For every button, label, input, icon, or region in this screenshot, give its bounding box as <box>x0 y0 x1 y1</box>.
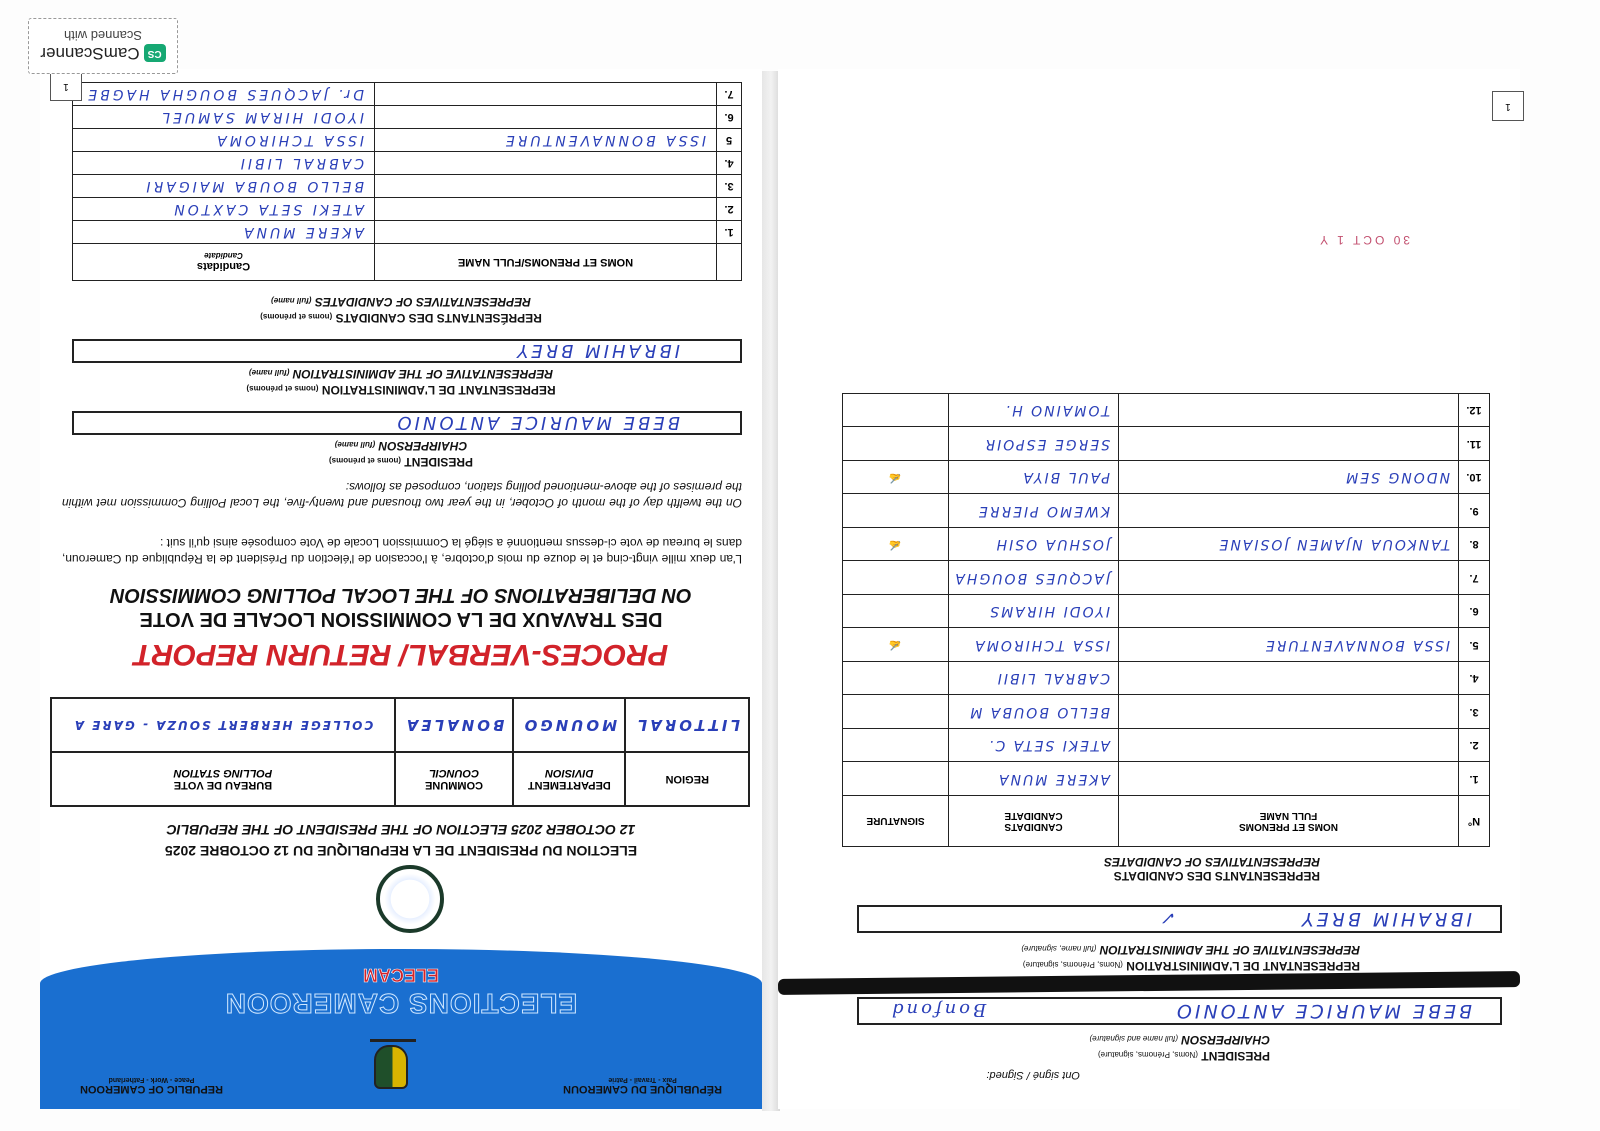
republic-fr: RÉPUBLIQUE DU CAMEROUN Paix - Travail - … <box>563 1076 722 1095</box>
signature-cell <box>843 662 949 696</box>
table-row: 4.CABRAL LIBII <box>73 152 742 175</box>
row-number: 7. <box>1459 561 1490 595</box>
row-number: 1. <box>1459 762 1490 796</box>
candidate-name: JACQUES BOUGHA <box>949 561 1119 595</box>
signature-table: N° NOMS ET PRENOMSFULL NAME CANDIDATSCAN… <box>842 393 1490 847</box>
representative-name <box>1119 561 1459 595</box>
representative-name <box>375 198 717 221</box>
intro-paragraph-fr: L'an deux mille vingt-cinq et le douze d… <box>62 535 742 567</box>
president-name-field: BEBE MAURICE ANTONIO <box>72 411 742 435</box>
table-row: 2.ATEKI SETA C. <box>843 729 1490 763</box>
table-row: 5.ISSA BONNAVENTUREISSA TCHIROMA✍ <box>843 628 1490 662</box>
signature-cell <box>843 729 949 763</box>
camscanner-watermark: CSCamScanner Scanned with <box>28 18 178 74</box>
report-subtitle: DES TRAVAUX DE LA COMMISSION LOCALE DE V… <box>40 583 762 631</box>
candidate-name: ATEKI SETA C. <box>949 729 1119 763</box>
signature-cell <box>843 595 949 629</box>
table-row: 3.BELLO BOUBA MAIGARI <box>73 175 742 198</box>
representative-name <box>1119 695 1459 729</box>
representative-name: NDONG SEM <box>1119 461 1459 495</box>
candidate-representatives-table: NOMS ET PRENOMS/FULL NAME CandidatsCandi… <box>72 82 742 281</box>
sig-president-label: PRESIDENT (Noms, Prénoms, signature) CHA… <box>770 1031 1270 1063</box>
republic-en: REPUBLIC OF CAMEROON Peace - Work - Fath… <box>80 1076 223 1095</box>
table-row: 4.CABRAL LIBII <box>843 662 1490 696</box>
intro-paragraph-en: On the twelfth day of the month of Octob… <box>62 479 742 511</box>
header-division: DEPARTEMENTDIVISION <box>513 752 625 806</box>
date-stamp: 30 OCT 1 Y <box>1317 233 1410 247</box>
redaction-bar <box>778 971 1520 995</box>
administration-signature: ✓ <box>1159 905 1177 929</box>
candidate-name: BELLO BOUBA M <box>949 695 1119 729</box>
coat-of-arms-icon <box>370 1039 416 1095</box>
candidate-name: SERGE ESPOIR <box>949 427 1119 461</box>
candidate-name: IYODI HIRAM SAMUEL <box>73 106 375 129</box>
table-row: 6.IYODI HIRAMS <box>843 595 1490 629</box>
row-number: 3. <box>1459 695 1490 729</box>
representative-name <box>375 221 717 244</box>
candidate-name: ATEKI SETA CAXTON <box>73 198 375 221</box>
candidate-name: ISSA TCHIROMA <box>73 129 375 152</box>
candidate-name: CABRAL LIBII <box>73 152 375 175</box>
col-full-name: NOMS ET PRENOMS/FULL NAME <box>375 244 717 281</box>
col-full-name: NOMS ET PRENOMSFULL NAME <box>1119 796 1459 847</box>
row-number: 5. <box>1459 628 1490 662</box>
table-row: 8.TANKOUA NJAMEN JOSIANEJOSHUA OSIH✍ <box>843 528 1490 562</box>
signature-cell <box>843 394 949 428</box>
elecam-banner: RÉPUBLIQUE DU CAMEROUN Paix - Travail - … <box>40 949 762 1109</box>
administration-name-field: IBRAHIM BREY <box>72 339 742 363</box>
council-value: BONALEA <box>395 698 513 752</box>
candidate-name: AKERE MUNA <box>949 762 1119 796</box>
representative-name <box>1119 595 1459 629</box>
candidate-name: PAUL BIYA <box>949 461 1119 495</box>
row-number: 8. <box>1459 528 1490 562</box>
header-council: COMMUNECOUNCIL <box>395 752 513 806</box>
table-row: 10.NDONG SEMPAUL BIYA✍ <box>843 461 1490 495</box>
representative-name <box>1119 662 1459 696</box>
table-row: 2.ATEKI SETA CAXTON <box>73 198 742 221</box>
row-number: 6. <box>717 106 742 129</box>
location-table: REGION DEPARTEMENTDIVISION COMMUNECOUNCI… <box>50 697 750 807</box>
representative-name: ISSA BONNAVENTURE <box>1119 628 1459 662</box>
table-row: 12.TOMAINO H. <box>843 394 1490 428</box>
table-row: 11.SERGE ESPOIR <box>843 427 1490 461</box>
president-label: PRESIDENT (noms et prénoms) CHAIRPERSON … <box>40 437 762 469</box>
col-candidate: CANDIDATSCANDIDATE <box>949 796 1119 847</box>
signature-cell <box>843 561 949 595</box>
election-seal-icon <box>376 865 444 933</box>
col-candidate: CandidatsCandidate <box>73 244 375 281</box>
table-row: 5ISSA BONNAVENTUREISSA TCHIROMA <box>73 129 742 152</box>
row-number: 4. <box>717 152 742 175</box>
col-signature: SIGNATURE <box>843 796 949 847</box>
representative-name <box>1119 729 1459 763</box>
signature-cell <box>843 695 949 729</box>
row-number: 1. <box>717 221 742 244</box>
polling-station-value: COLLEGE HERBERT SOUZA - GARE A <box>51 698 395 752</box>
representative-name <box>375 83 717 106</box>
row-number: 9. <box>1459 494 1490 528</box>
candidate-name: CABRAL LIBII <box>949 662 1119 696</box>
scanned-document: RÉPUBLIQUE DU CAMEROUN Paix - Travail - … <box>0 0 1600 1131</box>
signature-cell: ✍ <box>843 628 949 662</box>
sig-administration-label: REPRESENTANT DE L'ADMINISTRATION (Noms, … <box>860 941 1360 973</box>
row-number: 12. <box>1459 394 1490 428</box>
sig-administration-field: IBRAHIM BREY ✓ <box>857 905 1502 933</box>
row-number: 6. <box>1459 595 1490 629</box>
table-row: 7.JACQUES BOUGHA <box>843 561 1490 595</box>
representative-name <box>1119 494 1459 528</box>
org-acronym: ELECAM <box>40 964 762 985</box>
row-number: 3. <box>717 175 742 198</box>
representative-name: TANKOUA NJAMEN JOSIANE <box>1119 528 1459 562</box>
table-row: 1.AKERE MUNA <box>843 762 1490 796</box>
candidate-name: BELLO BOUBA MAIGARI <box>73 175 375 198</box>
row-number: 7. <box>717 83 742 106</box>
division-value: MOUNGO <box>513 698 625 752</box>
page-number-tab: 1 <box>50 71 82 101</box>
signed-label: Ont signé / Signed: <box>986 1069 1080 1081</box>
candidate-name: ISSA TCHIROMA <box>949 628 1119 662</box>
row-number: 4. <box>1459 662 1490 696</box>
signature-cell: ✍ <box>843 528 949 562</box>
signature-page: Ont signé / Signed: PRESIDENT (Noms, Pré… <box>778 69 1520 1109</box>
representative-name <box>1119 394 1459 428</box>
candidates-reps-label: REPRÉSENTANTS DES CANDIDATS (noms et pré… <box>40 293 762 325</box>
signature-cell: ✍ <box>843 461 949 495</box>
col-number: N° <box>1459 796 1490 847</box>
candidate-name: JOSHUA OSIH <box>949 528 1119 562</box>
candidate-name: KWEMO PIERRE <box>949 494 1119 528</box>
row-number: 2. <box>717 198 742 221</box>
camscanner-logo-icon: CS <box>144 45 166 63</box>
row-number: 11. <box>1459 427 1490 461</box>
president-signature: Bonfond <box>889 997 986 1021</box>
signature-cell <box>843 494 949 528</box>
signature-cell <box>843 427 949 461</box>
region-value: LITTORAL <box>625 698 749 752</box>
row-number: 2. <box>1459 729 1490 763</box>
table-row: 6.IYODI HIRAM SAMUEL <box>73 106 742 129</box>
representative-name <box>375 106 717 129</box>
org-name: ELECTIONS CAMEROON <box>40 987 762 1019</box>
candidate-name: IYODI HIRAMS <box>949 595 1119 629</box>
table-row: 3.BELLO BOUBA M <box>843 695 1490 729</box>
representative-name: ISSA BONNAVENTURE <box>375 129 717 152</box>
sig-president-field: BEBE MAURICE ANTONIO Bonfond <box>857 997 1502 1025</box>
representative-name <box>375 152 717 175</box>
header-polling-station: BUREAU DE VOTEPOLLING STATION <box>51 752 395 806</box>
candidate-name: AKERE MUNA <box>73 221 375 244</box>
row-number: 10. <box>1459 461 1490 495</box>
representative-name <box>375 175 717 198</box>
row-number: 5 <box>717 129 742 152</box>
form-page: RÉPUBLIQUE DU CAMEROUN Paix - Travail - … <box>40 69 762 1109</box>
header-region: REGION <box>625 752 749 806</box>
sig-candidates-label: REPRESENTANTS DES CANDIDATS REPRESENTATI… <box>820 855 1320 883</box>
table-row: 1.AKERE MUNA <box>73 221 742 244</box>
table-row: 7.Dr. JACQUES BOUGHA HAGBE <box>73 83 742 106</box>
representative-name <box>1119 762 1459 796</box>
candidate-name: TOMAINO H. <box>949 394 1119 428</box>
report-title: PROCES-VERBAL/ RETURN REPORT <box>40 637 762 671</box>
candidate-name: Dr. JACQUES BOUGHA HAGBE <box>73 83 375 106</box>
representative-name <box>1119 427 1459 461</box>
page-number-tab: 1 <box>1492 91 1524 121</box>
administration-label: REPRESENTANT DE L'ADMINISTRATION (noms e… <box>40 365 762 397</box>
election-title: ELECTION DU PRESIDENT DE LA REPUBLIQUE D… <box>40 819 762 861</box>
table-row: 9.KWEMO PIERRE <box>843 494 1490 528</box>
signature-cell <box>843 762 949 796</box>
